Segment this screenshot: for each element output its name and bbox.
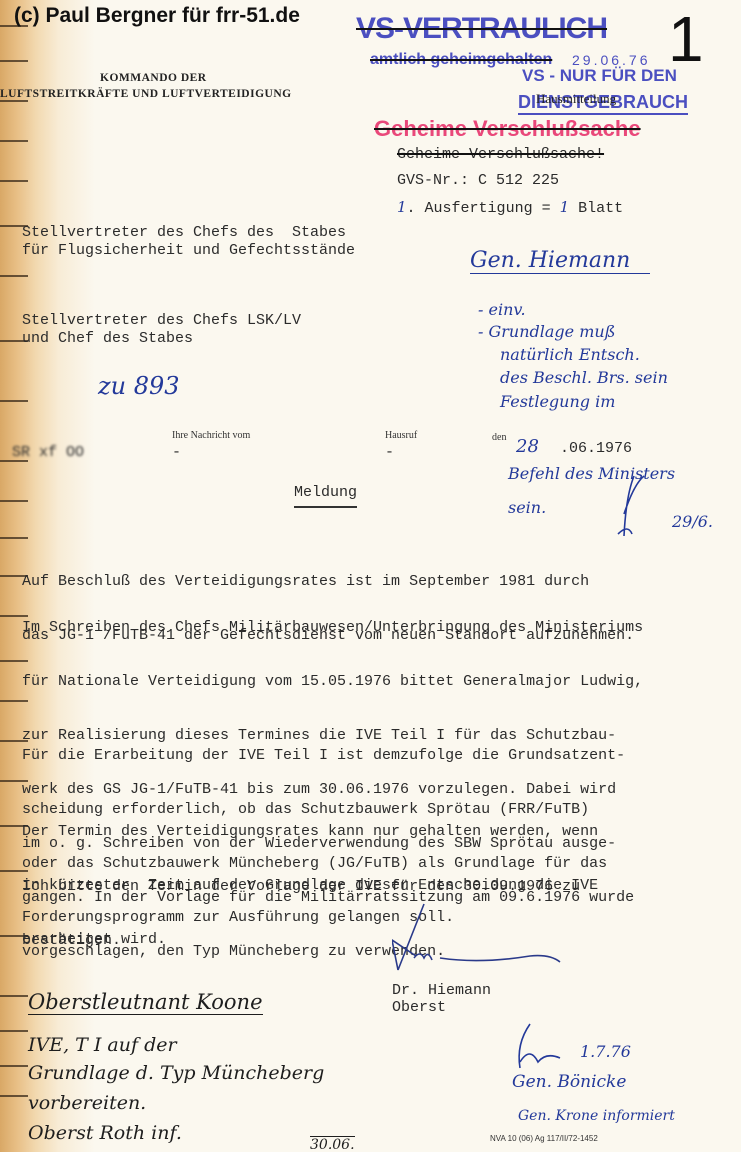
blatt-label: Blatt bbox=[569, 200, 623, 217]
page-number-handwritten: 1 bbox=[668, 2, 704, 76]
typed-geheime-verschlusssache: Geheime Verschlußsache! bbox=[397, 146, 604, 164]
handnote-addressee: Oberstleutnant Koone bbox=[28, 990, 263, 1015]
handnote-line: IVE, T I auf der bbox=[28, 1034, 177, 1056]
binder-tick bbox=[0, 1065, 28, 1067]
binder-tick bbox=[0, 100, 28, 102]
binder-tick bbox=[0, 1095, 28, 1097]
margin-note-line: natürlich Entsch. bbox=[500, 345, 640, 364]
reference-handwritten: zu 893 bbox=[98, 372, 180, 400]
paragraph-line: Ich bitte den Termin der Vorlage der IVE… bbox=[22, 878, 580, 896]
initial-scribble bbox=[614, 474, 654, 544]
binder-tick bbox=[0, 275, 28, 277]
margin-note-line: - einv. bbox=[478, 300, 526, 319]
margin-note-addressee: Gen. Hiemann bbox=[470, 248, 650, 274]
handnote-line: vorbereiten. bbox=[28, 1092, 146, 1114]
binder-tick bbox=[0, 500, 28, 502]
blatt-number: 1 bbox=[560, 198, 570, 216]
binder-tick bbox=[0, 1030, 28, 1032]
stamp-vs-nfd-line1: VS - NUR FÜR DEN bbox=[522, 66, 677, 86]
paragraph-line: Für die Erarbeitung der IVE Teil I ist d… bbox=[22, 747, 625, 765]
ihre-nachricht-value: - bbox=[172, 444, 181, 462]
bottom-initial-scribble bbox=[510, 1022, 570, 1072]
form-print-code: NVA 10 (06) Ag 117/II/72-1452 bbox=[490, 1134, 598, 1143]
ihre-nachricht-label: Ihre Nachricht vom bbox=[172, 430, 250, 441]
paragraph-line: Im Schreiben des Chefs Militärbauwesen/U… bbox=[22, 619, 643, 637]
hausmitteilung-label: Hausmitteilung bbox=[536, 91, 616, 107]
gvs-number: GVS-Nr.: C 512 225 bbox=[397, 172, 559, 190]
paragraph-line: für Nationale Verteidigung vom 15.05.197… bbox=[22, 673, 643, 691]
handnote-date: 30.06. bbox=[310, 1136, 355, 1152]
handnote-right-line: Gen. Krone informiert bbox=[518, 1108, 675, 1124]
left-code: SR xf OO bbox=[12, 444, 84, 462]
letterhead-line1: KOMMANDO DER bbox=[100, 72, 207, 84]
binder-tick bbox=[0, 140, 28, 142]
hausruf-label: Hausruf bbox=[385, 430, 417, 441]
signature-rank: Oberst bbox=[392, 999, 446, 1017]
binder-tick bbox=[0, 995, 28, 997]
initial-date: 29/6. bbox=[672, 512, 713, 531]
ausfertigung-label: . Ausfertigung = bbox=[407, 200, 560, 217]
den-label: den bbox=[492, 432, 506, 443]
date-typed: .06.1976 bbox=[560, 440, 632, 458]
letterhead-line2: LUFTSTREITKRÄFTE UND LUFTVERTEIDIGUNG bbox=[0, 88, 292, 100]
signature-name: Dr. Hiemann bbox=[392, 982, 491, 1000]
ausfertigung-number: 1 bbox=[397, 198, 407, 216]
binder-tick bbox=[0, 400, 28, 402]
margin-note-line: - Grundlage muß bbox=[478, 322, 615, 341]
recipient-1-line2: für Flugsicherheit und Gefechtsstände bbox=[22, 242, 355, 260]
copyright-watermark: (c) Paul Bergner für frr-51.de bbox=[14, 4, 300, 28]
document-title: Meldung bbox=[294, 484, 357, 508]
handnote-right-date: 1.7.76 bbox=[580, 1042, 631, 1061]
signature-scribble bbox=[392, 900, 572, 980]
recipient-2-line2: und Chef des Stabes bbox=[22, 330, 193, 348]
handnote-line: Oberst Roth inf. bbox=[28, 1122, 182, 1144]
ausfertigung-line: 1. Ausfertigung = 1 Blatt bbox=[397, 198, 623, 218]
stamp-geheime-verschlusssache: Geheime Verschlußsache bbox=[374, 116, 641, 142]
margin-note-line: des Beschl. Brs. sein bbox=[500, 368, 668, 387]
hausruf-value: - bbox=[385, 444, 394, 462]
date-day-handwritten: 28 bbox=[516, 436, 539, 457]
binder-tick bbox=[0, 60, 28, 62]
handnote-right-line: Gen. Bönicke bbox=[512, 1072, 626, 1092]
recipient-1-line1: Stellvertreter des Chefs des Stabes bbox=[22, 224, 346, 242]
handnote-line: Grundlage d. Typ Müncheberg bbox=[28, 1062, 324, 1084]
margin-note-line: sein. bbox=[508, 498, 546, 517]
margin-note-line: Festlegung im bbox=[500, 392, 615, 411]
paragraph-line: Der Termin des Verteidigungsrates kann n… bbox=[22, 823, 598, 841]
binder-tick bbox=[0, 180, 28, 182]
recipient-2-line1: Stellvertreter des Chefs LSK/LV bbox=[22, 312, 301, 330]
stamp-vs-vertraulich: VS-VERTRAULICH bbox=[356, 12, 607, 46]
